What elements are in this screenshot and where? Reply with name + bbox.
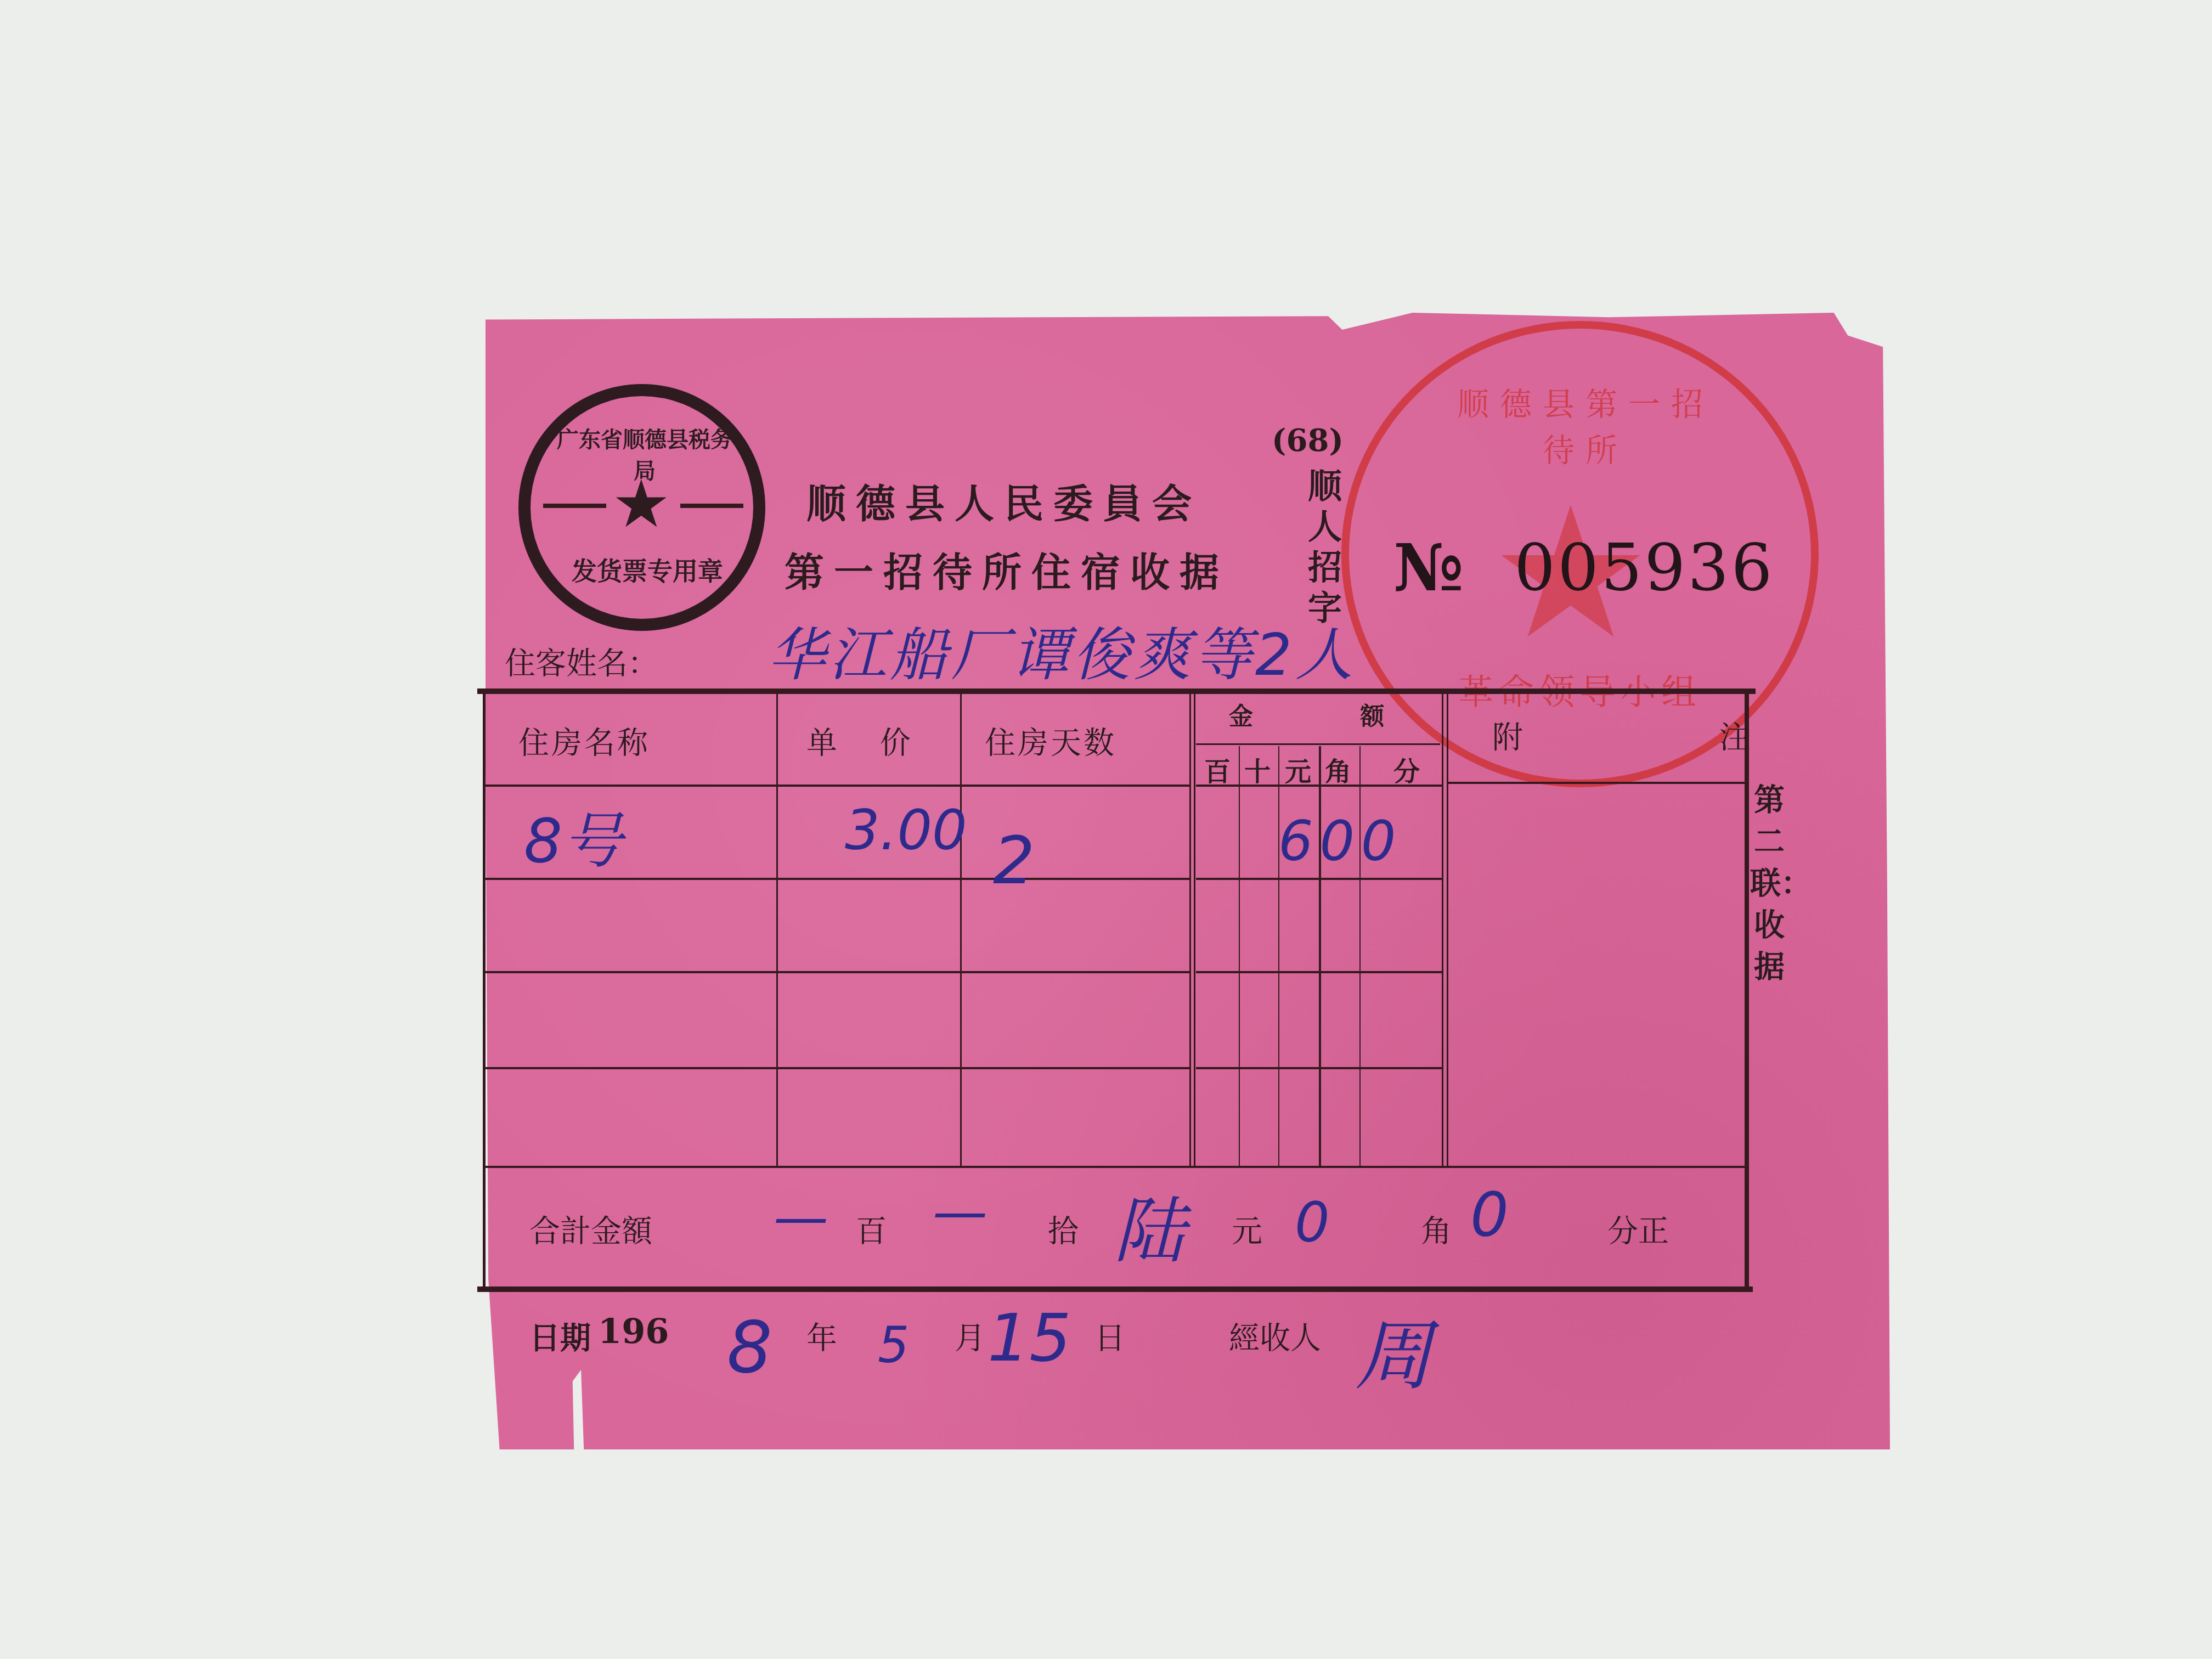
serial-label: №	[1393, 529, 1464, 606]
row-line	[1196, 1067, 1442, 1069]
row-line	[1448, 782, 1745, 784]
col-header-unit-price: 单 价	[806, 719, 927, 763]
star-icon: ★	[612, 472, 671, 538]
amount-sub-yuan: 元	[1285, 751, 1311, 788]
total-unit-fen: 分正	[1607, 1207, 1669, 1251]
copy-label: 第二联：收据	[1750, 779, 1788, 988]
code-vertical: 顺人招字	[1306, 466, 1344, 629]
cell-amount: 6 0 0	[1278, 809, 1390, 873]
col-header-amount: 金 额	[1229, 697, 1434, 732]
total-label: 合計金額	[529, 1207, 652, 1251]
col-header-days: 住房天数	[985, 719, 1116, 763]
month-handwritten: 5	[878, 1317, 909, 1374]
row-line	[486, 1067, 1189, 1069]
row-line	[1196, 878, 1442, 880]
col-header-remarks: 附 注	[1492, 713, 1843, 757]
tax-seal-bottom-text: 发货票专用章	[557, 551, 738, 588]
cell-unit-price: 3.00	[845, 798, 967, 862]
code-prefix: (68)	[1272, 422, 1344, 459]
col-divider	[1447, 694, 1448, 1166]
row-line	[1196, 971, 1442, 973]
table-left-border	[483, 692, 486, 1290]
col-divider	[960, 694, 962, 1166]
amount-sub-hundred: 百	[1204, 751, 1231, 788]
red-seal-top-text: 顺德县第一招待所	[1437, 379, 1734, 471]
col-divider	[1442, 694, 1443, 1166]
guest-name-value: 华江船厂谭俊爽等2人	[768, 609, 1356, 692]
issuer-title: 顺德县人民委員会	[806, 472, 1201, 529]
year-prefix: 196	[598, 1311, 669, 1351]
serial-number: 005936	[1514, 529, 1774, 605]
amount-sub-jiao: 角	[1325, 751, 1351, 788]
amount-header-divider	[1196, 743, 1440, 745]
row-line	[486, 971, 1189, 973]
cell-days: 2	[993, 823, 1035, 899]
total-hw-jiao: 0	[1295, 1190, 1330, 1255]
seal-bar-right	[680, 504, 743, 508]
amount-sub-ten: 十	[1244, 751, 1271, 788]
guest-name-label: 住客姓名：	[505, 639, 658, 683]
date-label: 日期	[529, 1314, 591, 1358]
total-hw-yuan: 陆	[1114, 1174, 1185, 1277]
total-hw-ten: —	[933, 1180, 988, 1244]
total-unit-ten: 拾	[1048, 1207, 1079, 1251]
year-label: 年	[806, 1314, 837, 1358]
sub-divider	[1239, 746, 1240, 1166]
total-unit-hundred: 百	[856, 1207, 887, 1251]
cashier-handwritten: 周	[1355, 1295, 1432, 1405]
total-hw-fen: 0	[1470, 1180, 1509, 1250]
total-unit-yuan: 元	[1232, 1207, 1262, 1251]
total-hw-hundred: —	[774, 1185, 828, 1249]
table-bottom-border	[477, 1286, 1753, 1292]
row-line	[486, 785, 1189, 787]
day-label: 日	[1094, 1314, 1125, 1358]
seal-bar-left	[543, 504, 606, 508]
month-label: 月	[955, 1314, 985, 1358]
total-unit-jiao: 角	[1421, 1207, 1452, 1251]
year-handwritten: 8	[727, 1306, 772, 1389]
table-top-border	[477, 689, 1756, 694]
table-right-border	[1745, 692, 1749, 1290]
cell-room: 8号	[524, 793, 623, 879]
amount-sub-fen: 分	[1393, 751, 1420, 788]
col-divider	[1194, 694, 1195, 1166]
col-divider	[1189, 694, 1191, 1166]
day-handwritten: 15	[988, 1300, 1071, 1376]
col-header-room: 住房名称	[518, 719, 650, 763]
receipt-title: 第一招待所住宿收据	[785, 540, 1229, 597]
total-row-line	[486, 1166, 1745, 1168]
col-divider	[776, 694, 778, 1166]
cashier-label: 經收人	[1229, 1314, 1321, 1358]
